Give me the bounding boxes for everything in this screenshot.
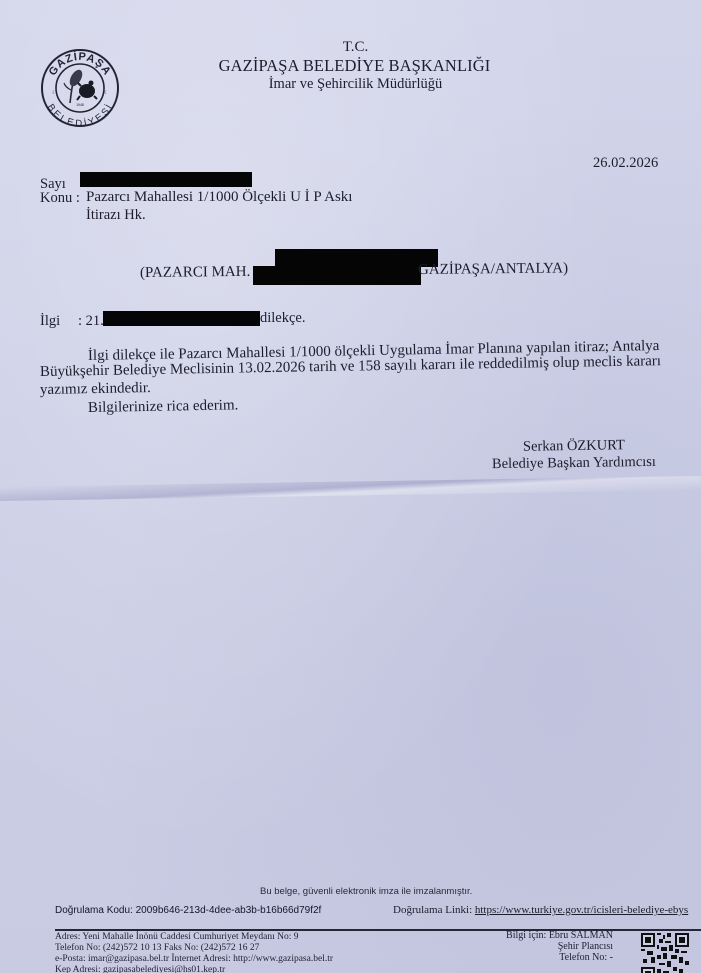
letterhead-tc: T.C.: [10, 38, 701, 56]
ilgi-label: İlgi: [40, 313, 60, 330]
signatory-name: Serkan ÖZKURT: [523, 437, 625, 455]
verification-link-row: Doğrulama Linki: https://www.turkiye.gov…: [393, 904, 688, 916]
verification-code: Doğrulama Kodu: 2009b646-213d-4dee-ab3b-…: [55, 905, 321, 916]
konu-label: Konu :: [40, 190, 80, 207]
closing-line: Bilgilerinize rica ederim.: [88, 397, 239, 417]
footer-address: Adres: Yeni Mahalle İnönü Caddesi Cumhur…: [55, 932, 299, 943]
recipient-address-start: (PAZARCI MAH.: [140, 264, 250, 282]
verification-link[interactable]: https://www.turkiye.gov.tr/icisleri-bele…: [475, 904, 688, 916]
sayi-redaction: [80, 172, 252, 187]
recipient-address-end: GAZİPAŞA/ANTALYA): [418, 260, 568, 279]
esign-note: Bu belge, güvenli elektronik imza ile im…: [260, 886, 472, 897]
letterhead-institution: GAZİPAŞA BELEDİYE BAŞKANLIĞI: [8, 56, 701, 75]
svg-text:1948: 1948: [76, 103, 84, 107]
qr-code-icon: [641, 933, 689, 973]
ilgi-prefix: : 21.: [78, 313, 104, 330]
footer-contact-phone: Telefon No: -: [559, 952, 613, 963]
signatory-title: Belediye Başkan Yardımcısı: [492, 454, 656, 473]
footer-email-web: e-Posta: imar@gazipasa.bel.tr İnternet A…: [55, 954, 333, 965]
footer-phone: Telefon No: (242)572 10 13 Faks No: (242…: [55, 943, 259, 954]
konu-subject-line1: Pazarcı Mahallesi 1/1000 Ölçekli U İ P A…: [86, 189, 352, 206]
recipient-name-redaction: [275, 249, 438, 267]
ilgi-suffix: dilekçe.: [260, 310, 306, 327]
body-paragraph-line: yazımız ekindedir.: [40, 380, 151, 399]
footer-kep: Kep Adresi: gazipasabelediyesi@hs01.kep.…: [55, 965, 225, 973]
ilgi-redaction: [103, 311, 260, 326]
footer-contact-person: Bilgi için: Ebru SALMAN: [506, 930, 613, 941]
letterhead-department: İmar ve Şehircilik Müdürlüğü: [10, 75, 701, 93]
konu-subject-line2: İtirazı Hk.: [86, 207, 146, 224]
footer-contact-title: Şehir Plancısı: [558, 941, 613, 952]
document-date: 26.02.2026: [593, 155, 658, 172]
recipient-address-redaction: [253, 266, 421, 285]
letterhead: T.C. GAZİPAŞA BELEDİYE BAŞKANLIĞI İmar v…: [0, 38, 701, 93]
verification-link-label: Doğrulama Linki:: [393, 904, 475, 916]
